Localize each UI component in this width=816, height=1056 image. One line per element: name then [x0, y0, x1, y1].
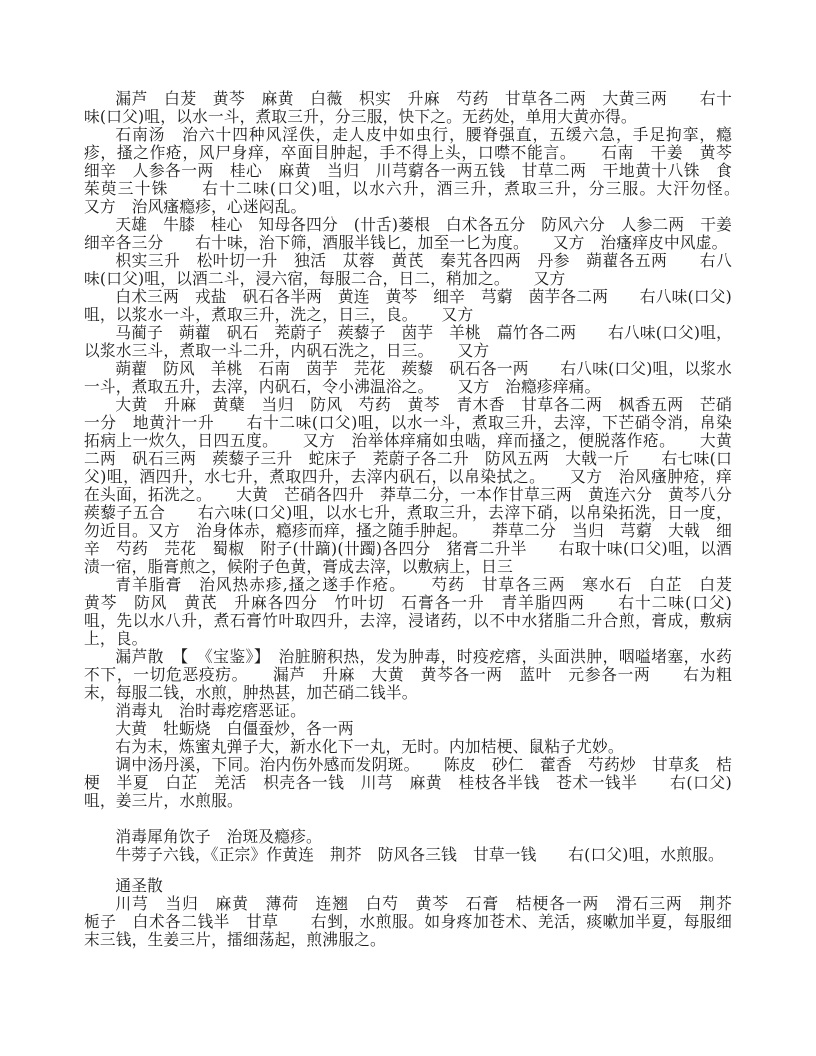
paragraph-dahuang-shengma-formula: 大黄 升麻 黄蘖 当归 防风 芍药 黄芩 青木香 甘草各二两 枫香五两 芒硝一分… — [84, 396, 732, 576]
paragraph-baizhu-formula: 白术三两 戎盐 矾石各半两 黄连 黄芩 细辛 芎藭 茵芋各二两 右八味(口父)咀… — [84, 288, 732, 324]
document-page: 漏芦 白茇 黄芩 麻黄 白薇 枳实 升麻 芍药 甘草各二两 大黄三两 右十味(口… — [0, 0, 816, 1056]
paragraph-xiaodu-wan-method: 右为末，炼蜜丸弹子大，新水化下一丸，无时。内加桔梗、鼠粘子尤妙。 — [84, 738, 732, 756]
paragraph-tongsheng-san-ingredients: 川芎 当归 麻黄 薄荷 连翘 白芍 黄芩 石膏 桔梗各一两 滑石三两 荆芥 栀子… — [84, 895, 732, 949]
paragraph-loulu-formula: 漏芦 白茇 黄芩 麻黄 白薇 枳实 升麻 芍药 甘草各二两 大黄三两 右十味(口… — [84, 90, 732, 126]
paragraph-loulu-san: 漏芦散 【 《宝鉴》】 治脏腑积热，发为肿毒，时疫疙瘩，头面洪肿，咽嗌堵塞，水药… — [84, 648, 732, 702]
paragraph-xiaodu-wan-heading: 消毒丸 治时毒疙瘩恶证。 — [84, 702, 732, 720]
paragraph-qingyangzhi-gao: 青羊脂膏 治风热赤疹,搔之遂手作疮。 芍药 甘草各三两 寒水石 白芷 白茇 黄芩… — [84, 576, 732, 648]
paragraph-malinzi-formula: 马蔺子 蒴藋 矾石 茺蔚子 蒺藜子 茵芋 羊桃 萹竹各二两 右八味(口父)咀，以… — [84, 324, 732, 360]
paragraph-tiaozhong-tang: 调中汤丹溪，下同。治内伤外感而发阴斑。 陈皮 砂仁 藿香 芍药炒 甘草炙 桔梗 … — [84, 756, 732, 810]
text-block: 漏芦 白茇 黄芩 麻黄 白薇 枳实 升麻 芍药 甘草各二两 大黄三两 右十味(口… — [84, 90, 732, 949]
paragraph-tongsheng-san-heading: 通圣散 — [84, 877, 732, 895]
paragraph-xiaodu-xijiao-yinzi-heading: 消毒犀角饮子 治斑及瘾疹。 — [84, 828, 732, 846]
paragraph-tianxiong-formula: 天雄 牛膝 桂心 知母各四分 (卄舌)蒌根 白术各五分 防风六分 人参二两 干姜… — [84, 216, 732, 252]
paragraph-xiaodu-xijiao-yinzi-ingredients: 牛蒡子六钱，《正宗》作黄连 荆芥 防风各三钱 甘草一钱 右(口父)咀，水煎服。 — [84, 846, 732, 864]
paragraph-xiaodu-wan-ingredients: 大黄 牡蛎烧 白僵蚕炒，各一两 — [84, 720, 732, 738]
paragraph-shinan-tang: 石南汤 治六十四种风淫佚，走人皮中如虫行，腰脊强直，五缓六急，手足拘挛，瘾疹，搔… — [84, 126, 732, 216]
paragraph-zhishi-formula: 枳实三升 松叶切一升 独活 苁蓉 黄芪 秦艽各四两 丹参 蒴藋各五两 右八味(口… — [84, 252, 732, 288]
paragraph-shuodiao-formula: 蒴藋 防风 羊桃 石南 茵芋 芫花 蒺藜 矾石各一两 右八味(口父)咀，以浆水一… — [84, 360, 732, 396]
